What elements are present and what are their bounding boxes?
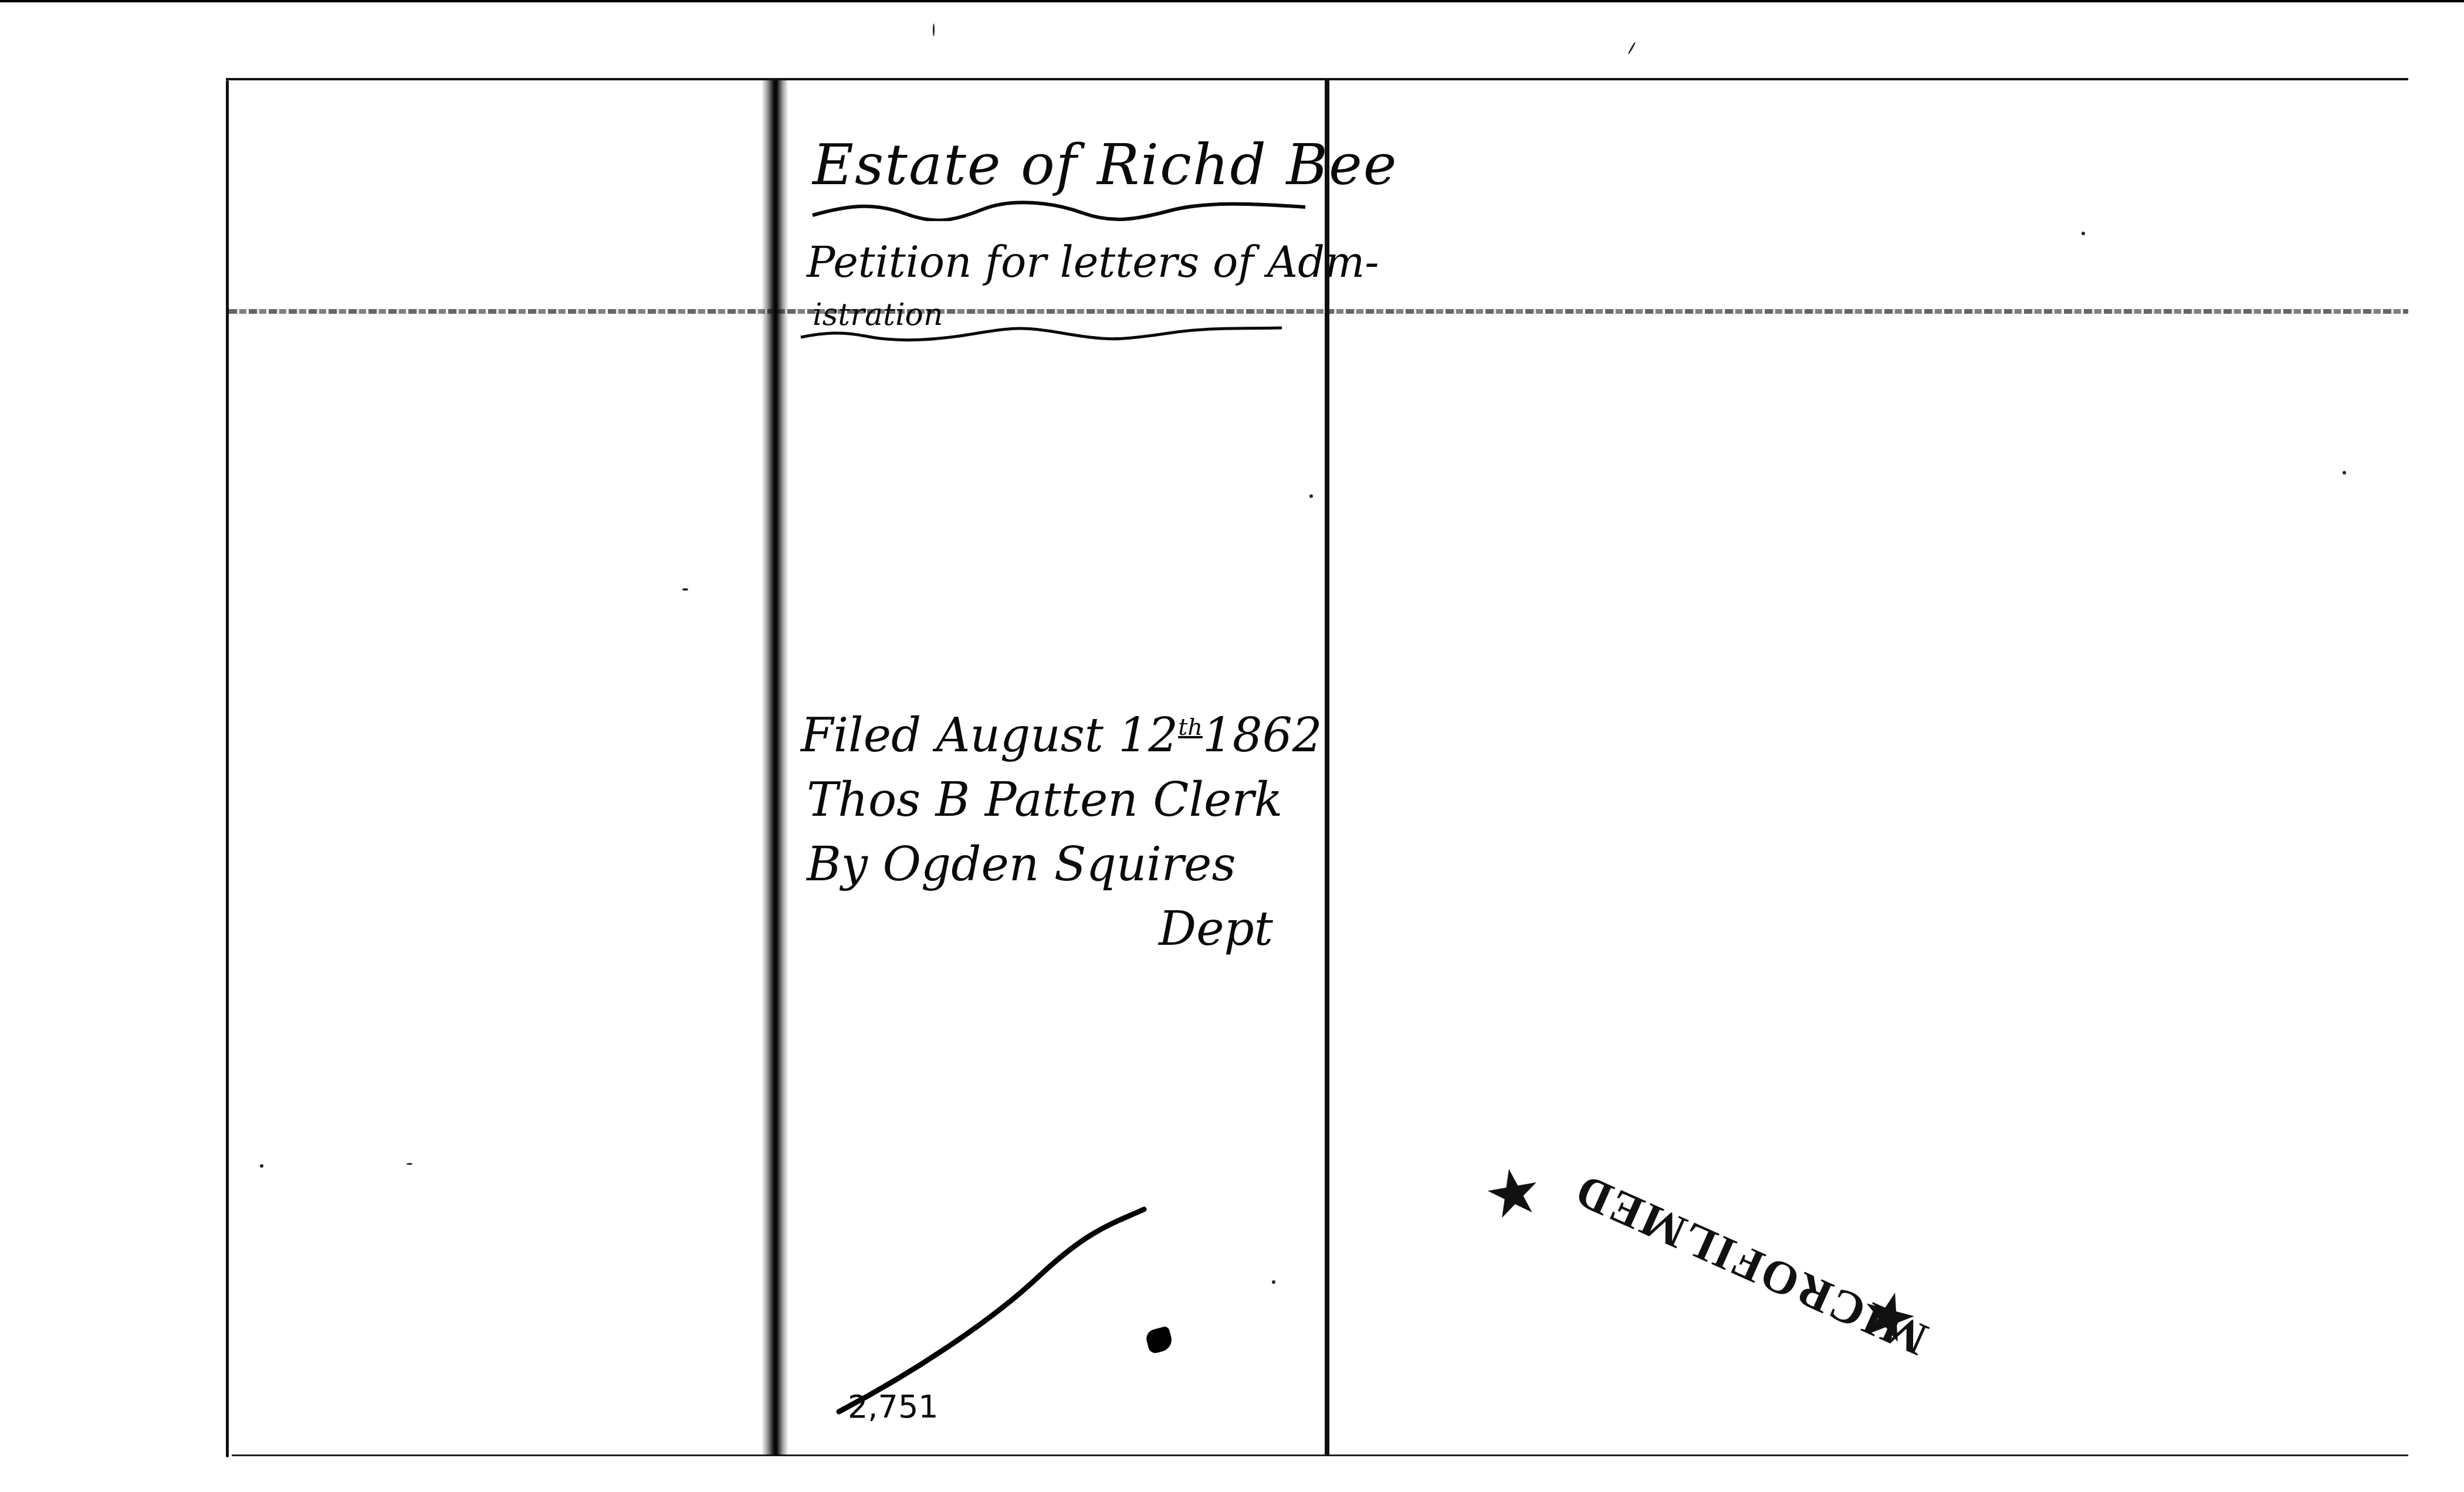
scan-speck [1272, 1280, 1275, 1284]
diagonal-pen-stroke [836, 1206, 1147, 1418]
center-panel-left-fold [761, 80, 788, 1456]
scan-speck [1627, 42, 1636, 55]
scan-speck [407, 1163, 412, 1165]
star-icon: ★ [1479, 1157, 1547, 1230]
scan-speck [682, 588, 688, 591]
sheet-left-edge [226, 80, 229, 1457]
title-flourish-underline [807, 198, 1311, 221]
microfilmed-stamp: ★ MICROFILMED ★ [1484, 1149, 1930, 1361]
scan-speck [1309, 494, 1313, 498]
scan-speck [2343, 471, 2346, 474]
subtitle-flourish-underline [789, 321, 1288, 344]
clerk-signature: Thos B Patten Clerk [807, 772, 1282, 827]
scan-top-border [0, 0, 2464, 2]
ink-blot [1145, 1325, 1175, 1355]
scan-speck [260, 1164, 263, 1168]
estate-title: Estate of Richd Bee [813, 132, 1398, 198]
petition-subtitle-line1: Petition for letters of Adm- [807, 238, 1379, 287]
fee-amount: 2,751 [848, 1388, 939, 1425]
deputy-signature: By Ogden Squires [807, 837, 1236, 891]
scan-speck [2081, 232, 2085, 235]
filed-date: Filed August 12th1862 [801, 708, 1322, 762]
docket-panel: Estate of Richd Bee Petition for letters… [789, 80, 1325, 1456]
deputy-title: Dept [1159, 901, 1273, 956]
scan-speck [933, 23, 935, 36]
